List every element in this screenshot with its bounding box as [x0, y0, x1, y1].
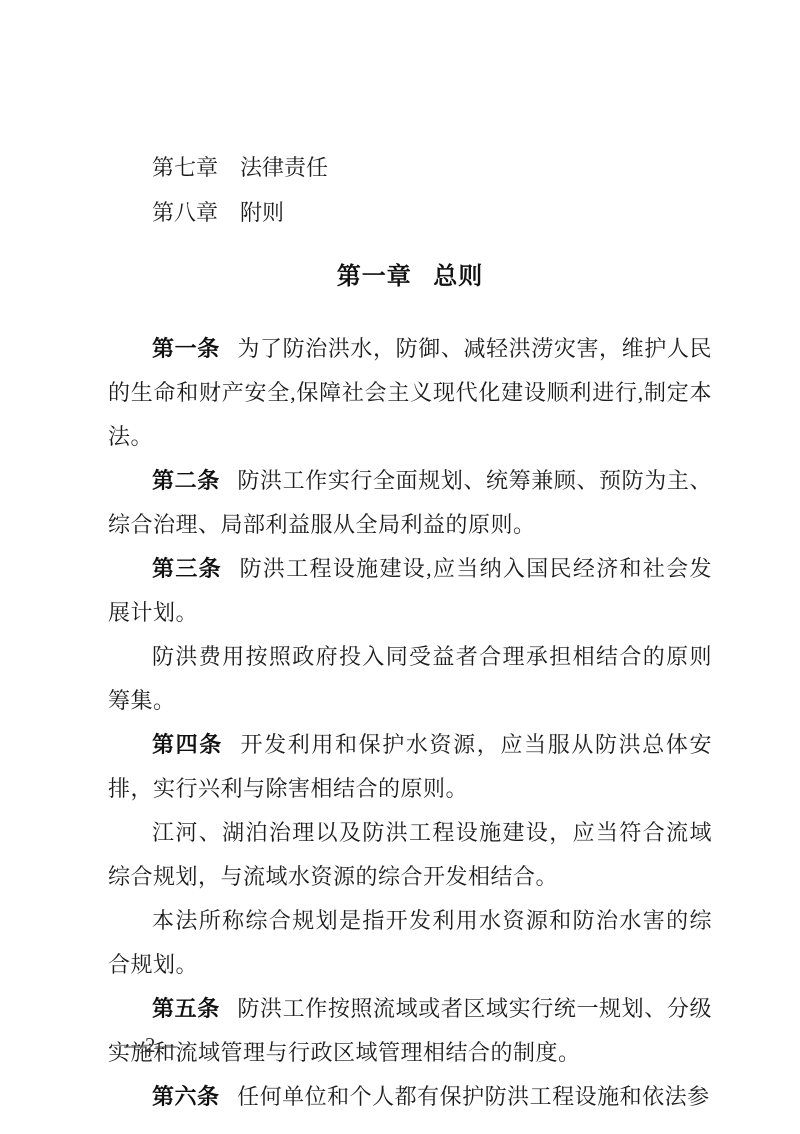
paragraph: 第五条防洪工作按照流域或者区域实行统一规划、分级实施和流域管理与行政区域管理相结… [108, 987, 712, 1075]
paragraph: 防洪费用按照政府投入同受益者合理承担相结合的原则筹集。 [108, 635, 712, 723]
paragraph: 第一条为了防治洪水，防御、减轻洪涝灾害，维护人民的生命和财产安全,保障社会主义现… [108, 327, 712, 459]
article-number: 第六条 [152, 1084, 220, 1109]
paragraph: 第四条开发利用和保护水资源，应当服从防洪总体安排，实行兴利与除害相结合的原则。 [108, 723, 712, 811]
paragraph: 江河、湖泊治理以及防洪工程设施建设，应当符合流域综合规划，与流域水资源的综合开发… [108, 811, 712, 899]
paragraph: 第二条防洪工作实行全面规划、统筹兼顾、预防为主、综合治理、局部利益服从全局利益的… [108, 459, 712, 547]
chapter-heading-title: 总则 [433, 263, 483, 290]
document-page: 第七章法律责任第八章附则 第一章总则 第一条为了防治洪水，防御、减轻洪涝灾害，维… [0, 0, 800, 1134]
chapter-heading-number: 第一章 [337, 263, 412, 290]
article-number: 第一条 [152, 336, 220, 361]
paragraph: 第六条任何单位和个人都有保护防洪工程设施和依法参 [108, 1075, 712, 1119]
paragraph-text: 江河、湖泊治理以及防洪工程设施建设，应当符合流域综合规划，与流域水资源的综合开发… [108, 820, 712, 889]
page-content: 第七章法律责任第八章附则 第一章总则 第一条为了防治洪水，防御、减轻洪涝灾害，维… [0, 0, 800, 1119]
article-number: 第二条 [152, 468, 220, 493]
toc-chapter-title: 法律责任 [240, 155, 328, 180]
paragraph-text: 本法所称综合规划是指开发利用水资源和防治水害的综合规划。 [108, 908, 712, 977]
paragraph-text: 防洪费用按照政府投入同受益者合理承担相结合的原则筹集。 [108, 644, 712, 713]
chapter-heading: 第一章总则 [108, 255, 712, 299]
toc-chapter-number: 第八章 [152, 200, 218, 225]
article-number: 第四条 [152, 732, 223, 757]
article-body: 第一条为了防治洪水，防御、减轻洪涝灾害，维护人民的生命和财产安全,保障社会主义现… [108, 327, 712, 1119]
page-number: —2— [124, 1033, 177, 1057]
toc-chapter-number: 第七章 [152, 155, 218, 180]
paragraph: 第三条防洪工程设施建设,应当纳入国民经济和社会发展计划。 [108, 547, 712, 635]
toc-item: 第七章法律责任 [108, 145, 712, 190]
toc: 第七章法律责任第八章附则 [108, 145, 712, 235]
toc-item: 第八章附则 [108, 190, 712, 235]
article-number: 第五条 [152, 996, 220, 1021]
paragraph-text: 任何单位和个人都有保护防洪工程设施和依法参 [237, 1084, 710, 1109]
paragraph: 本法所称综合规划是指开发利用水资源和防治水害的综合规划。 [108, 899, 712, 987]
toc-chapter-title: 附则 [240, 200, 284, 225]
article-number: 第三条 [152, 556, 222, 581]
